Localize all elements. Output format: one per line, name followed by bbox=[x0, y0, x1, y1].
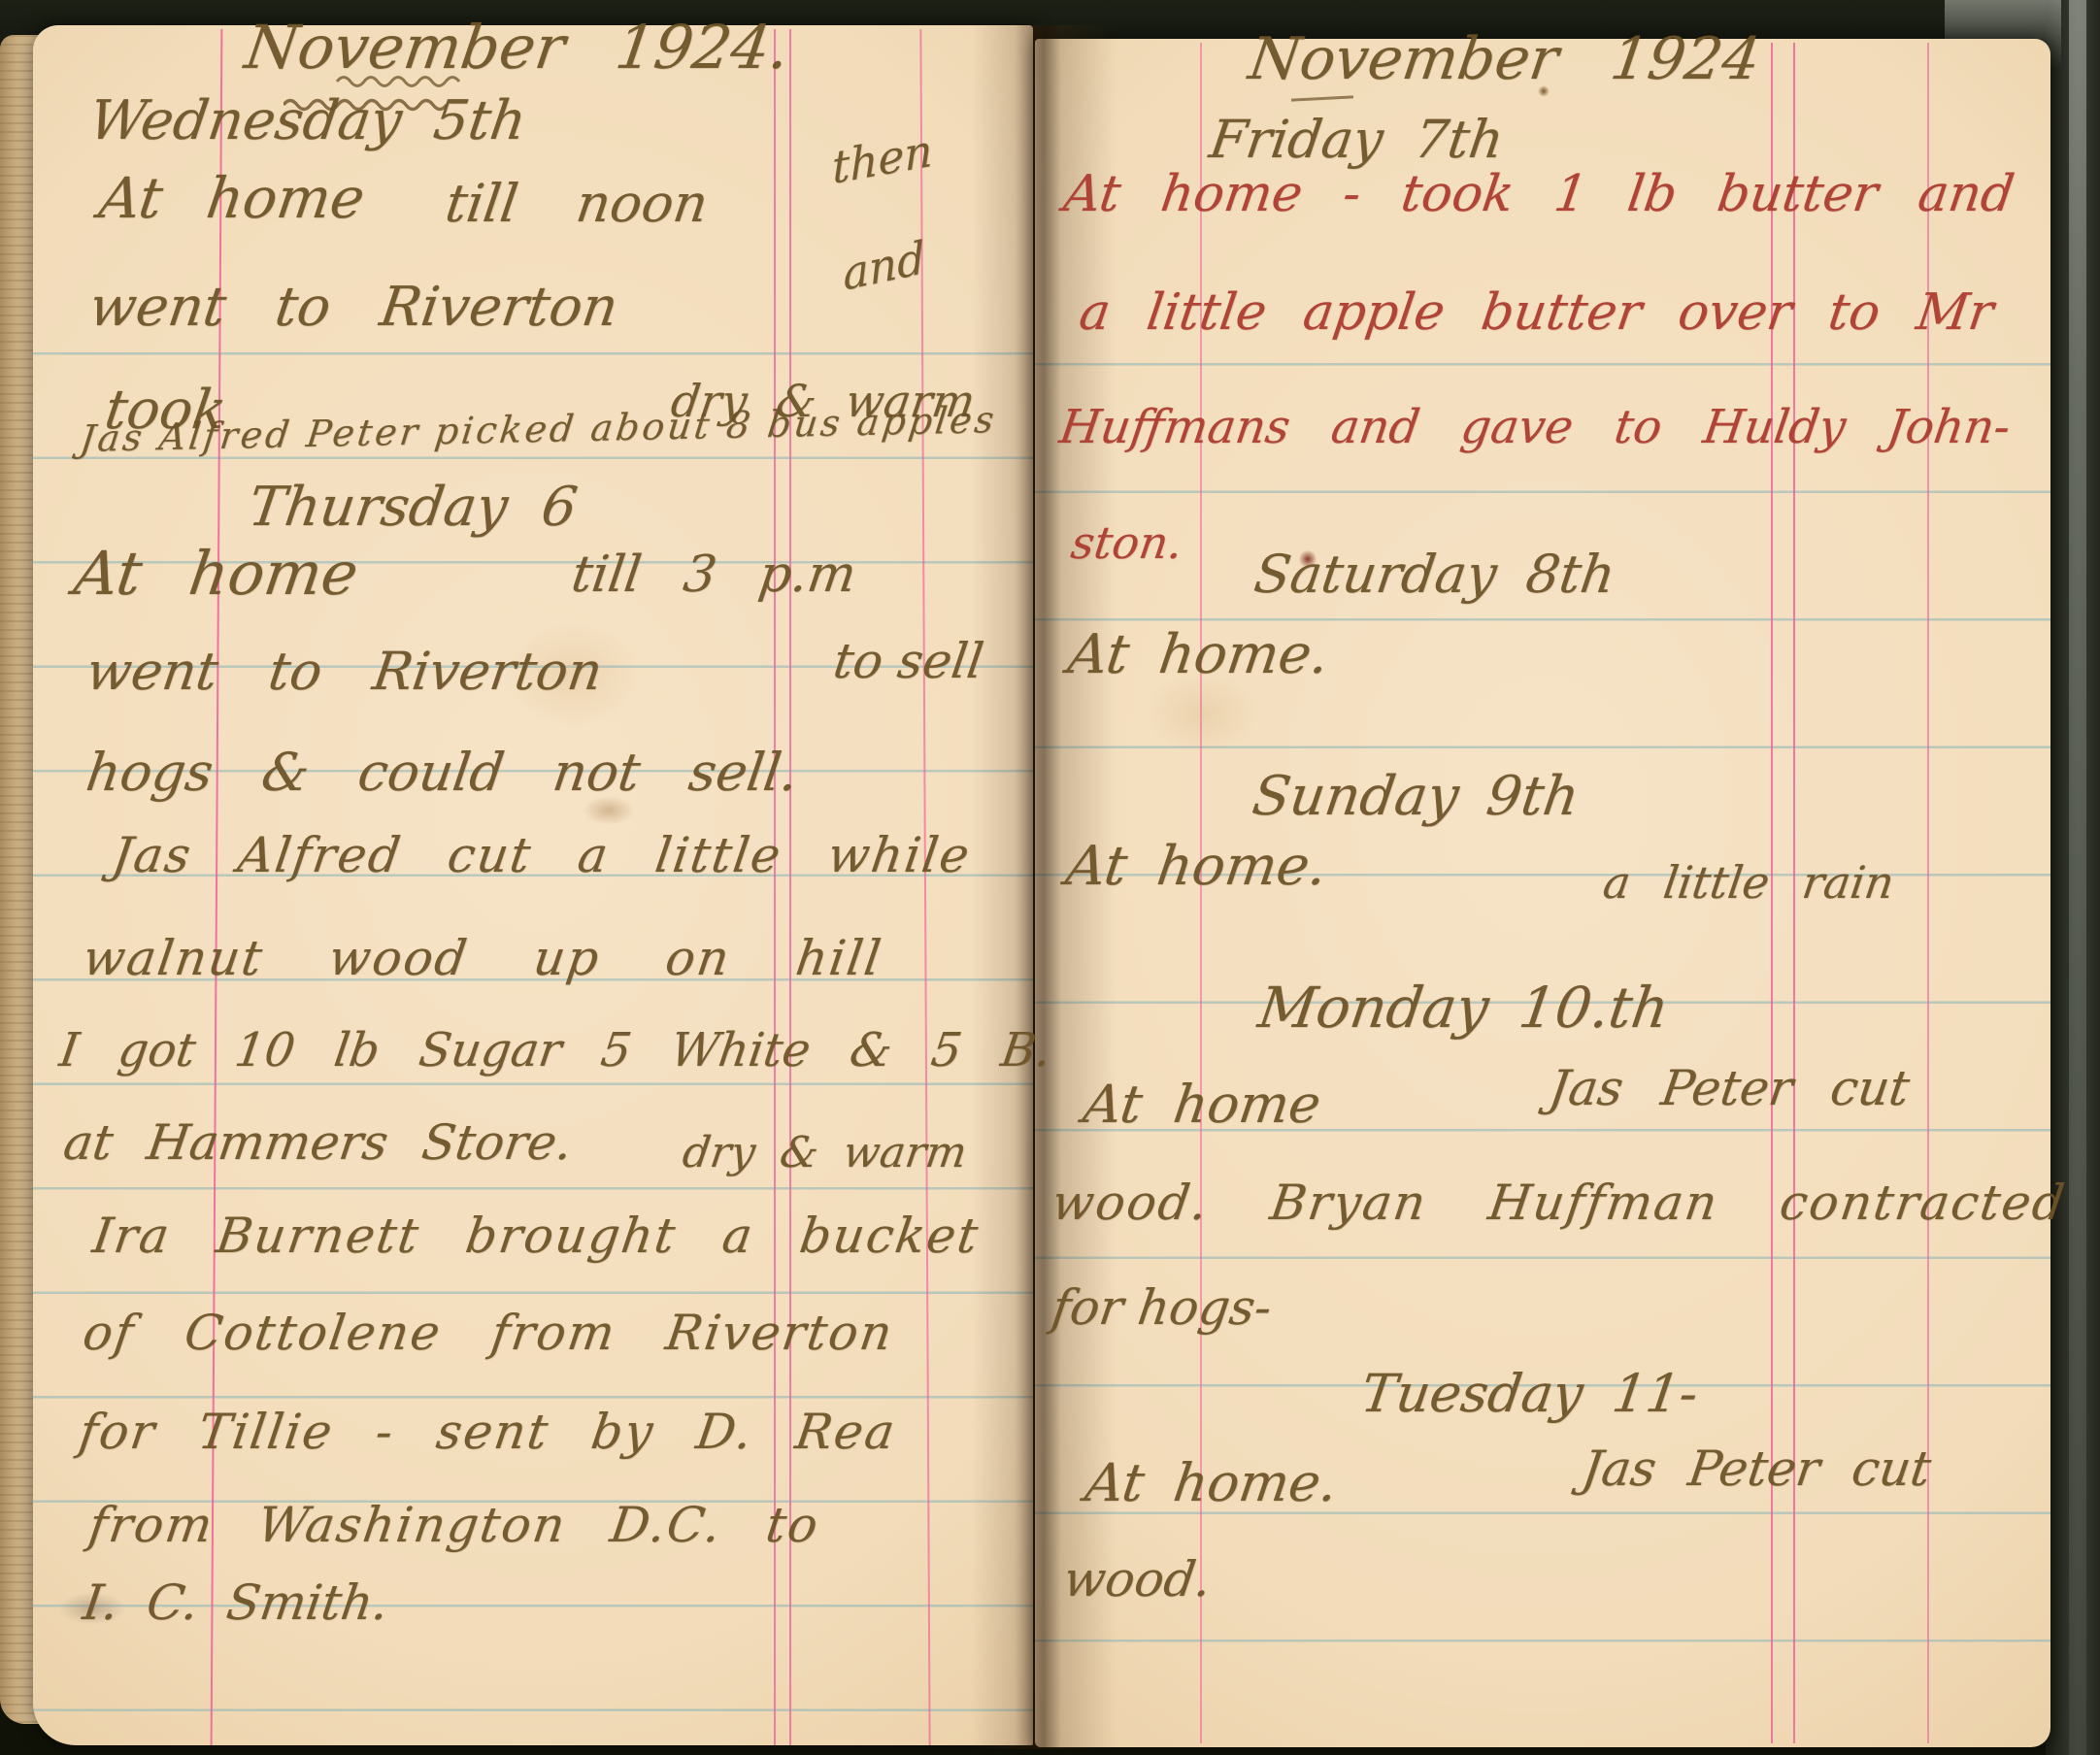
handwriting-line: wood. bbox=[1060, 1551, 1215, 1607]
handwriting-line: Sunday 9th bbox=[1249, 765, 1583, 828]
diary-photo: November 1924.Wednesday 5thAt hometill n… bbox=[0, 0, 2100, 1755]
handwriting-line: At home. bbox=[1062, 835, 1331, 898]
handwriting-line: Tuesday 11- bbox=[1357, 1363, 1702, 1424]
handwriting-line: Monday 10.th bbox=[1254, 975, 1673, 1041]
handwriting-line: a little rain bbox=[1600, 856, 1897, 909]
handwriting-line: At home - took 1 lb butter and bbox=[1060, 165, 2017, 223]
right-page-writing: November 1924Friday 7thAt home - took 1 … bbox=[0, 0, 2100, 1755]
handwriting-line: At home. bbox=[1064, 623, 1333, 686]
handwriting-line: Jas Peter cut bbox=[1579, 1440, 1934, 1497]
handwriting-line: November 1924 bbox=[1245, 25, 1764, 93]
handwriting-line: Huffmans and gave to Huldy John- bbox=[1056, 400, 2014, 454]
handwriting-line: Jas Peter cut bbox=[1546, 1060, 1913, 1116]
handwriting-line: Friday 7th bbox=[1206, 109, 1508, 170]
handwriting-line: wood. Bryan Huffman contracted bbox=[1049, 1175, 2070, 1231]
handwriting-line: for hogs- bbox=[1049, 1279, 1275, 1336]
handwriting-line: At home bbox=[1080, 1074, 1324, 1135]
handwriting-line: At home. bbox=[1082, 1452, 1341, 1513]
handwriting-line: ston. bbox=[1068, 516, 1186, 569]
handwriting-line: a little apple butter over to Mr bbox=[1076, 283, 1997, 342]
handwriting-line: Saturday 8th bbox=[1250, 544, 1619, 605]
